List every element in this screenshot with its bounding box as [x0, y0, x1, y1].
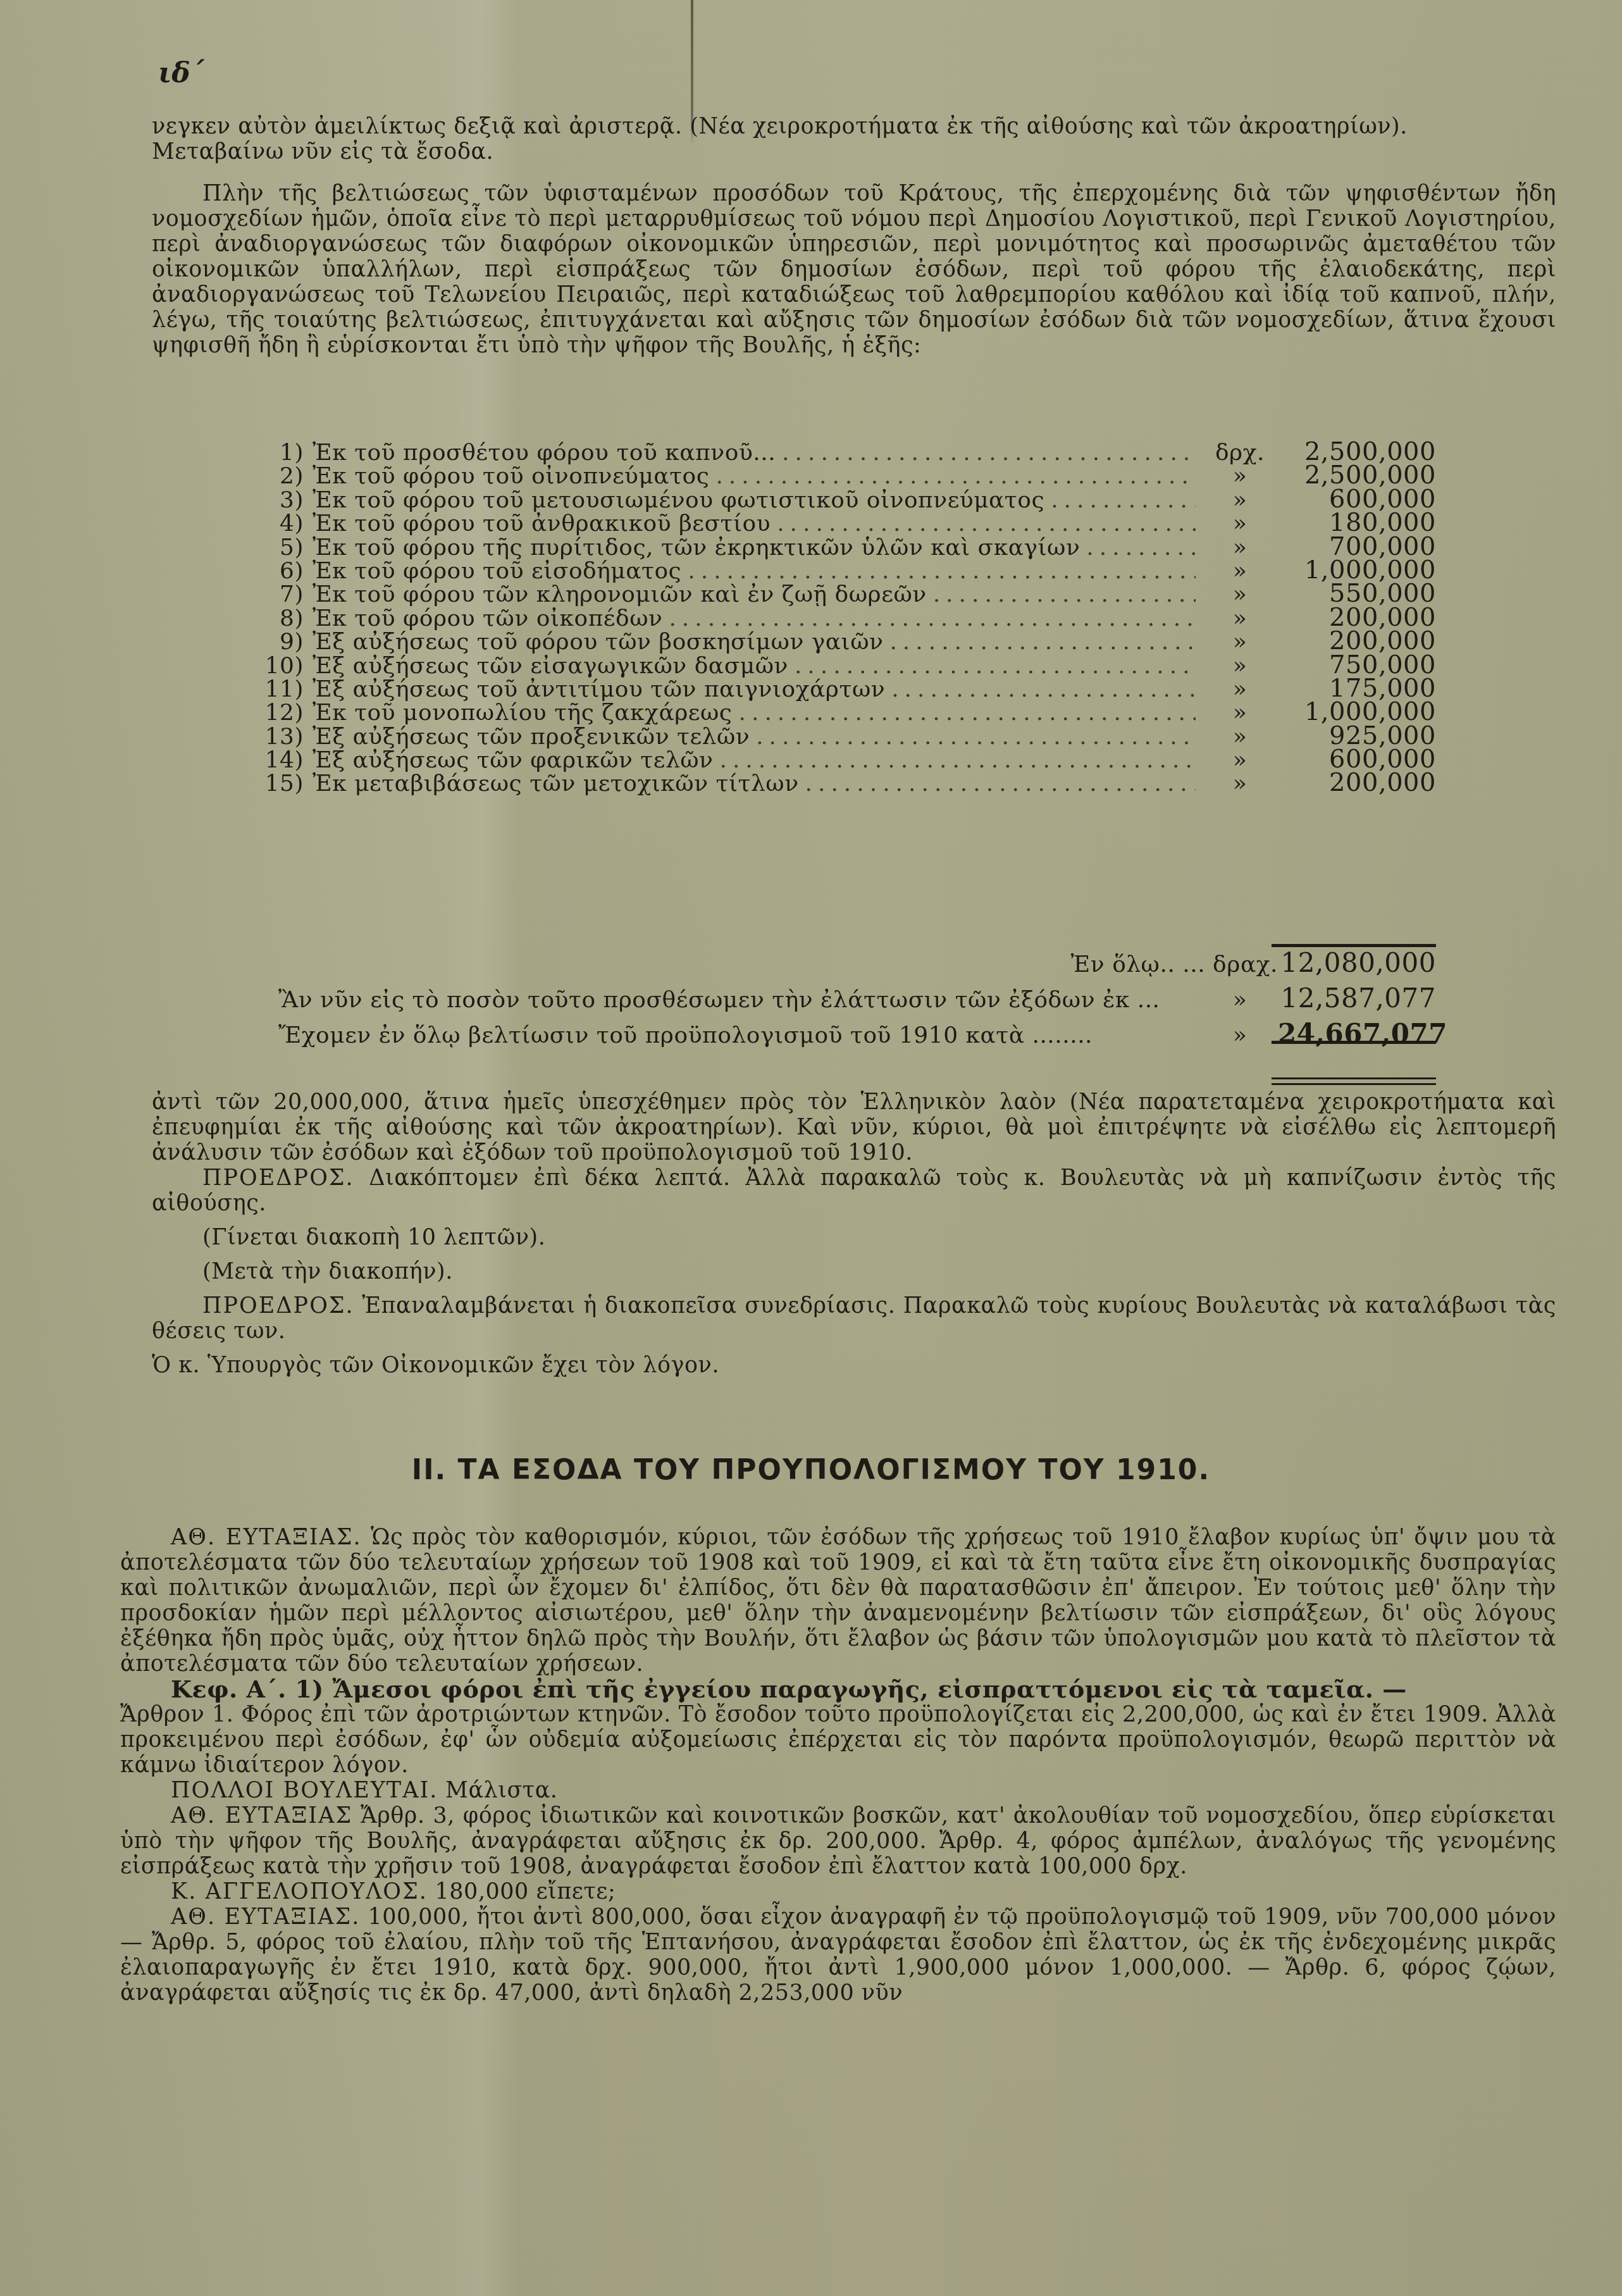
leader-dots: ........................................…	[1086, 535, 1196, 561]
row-amount: 200,000	[1278, 770, 1436, 795]
intro-block: νεγκεν αὐτὸν ἀμειλίκτως δεξιᾷ καὶ ἀριστε…	[152, 114, 1556, 164]
row-unit: »	[1202, 535, 1278, 561]
table-row: 5) Ἐκ τοῦ φόρου τῆς πυρίτιδος, τῶν ἐκρηκ…	[247, 534, 1436, 557]
row-label: Ἐξ αὐξήσεως τοῦ ἀντιτίμου τῶν παιγνιοχάρ…	[313, 677, 885, 702]
row-unit: »	[1202, 511, 1278, 537]
eutaxias-paragraph-2: ΑΘ. ΕΥΤΑΞΙΑΣ Ἄρθρ. 3, φόρος ἰδιωτικῶν κα…	[120, 1803, 1556, 1879]
row-unit: »	[1202, 606, 1278, 631]
leader-dots: ........................................…	[933, 582, 1196, 607]
row-label: Ἐκ τοῦ φόρου τῆς πυρίτιδος, τῶν ἐκρηκτικ…	[313, 535, 1080, 561]
speaker-name: ΠΡΟΕΔΡΟΣ.	[202, 1165, 354, 1191]
table-row: 13) Ἐξ αὐξήσεως τῶν προξενικῶν τελῶν ...…	[247, 723, 1436, 747]
table-row: 7) Ἐκ τοῦ φόρου τῶν κληρονομιῶν καὶ ἐν ζ…	[247, 581, 1436, 604]
add-line-label: Ἂν νῦν εἰς τὸ ποσὸν τοῦτο προσθέσωμεν τὴ…	[278, 988, 1160, 1013]
after-table-paragraph: ἀντὶ τῶν 20,000,000, ἅτινα ἡμεῖς ὑπεσχέθ…	[152, 1089, 1556, 1165]
intro-line-2: Μεταβαίνω νῦν εἰς τὰ ἔσοδα.	[152, 139, 1556, 164]
add-line-unit: »	[1202, 988, 1278, 1013]
row-number: 14)	[247, 748, 313, 773]
row-number: 11)	[247, 677, 313, 702]
revenue-section: ΑΘ. ΕΥΤΑΞΙΑΣ. Ὡς πρὸς τὸν καθορισμόν, κύ…	[120, 1525, 1556, 2006]
leader-dots: ........................................…	[891, 677, 1196, 702]
row-label: Ἐξ αὐξήσεως τῶν προξενικῶν τελῶν	[313, 724, 750, 750]
row-number: 4)	[247, 511, 313, 537]
row-number: 6)	[247, 559, 313, 584]
table-row: 6) Ἐκ τοῦ φόρου τοῦ εἰσοδήματος ........…	[247, 557, 1436, 581]
leader-dots: ........................................…	[669, 606, 1196, 631]
leader-dots: ........................................…	[889, 630, 1196, 655]
speech-text: 180,000 εἴπετε;	[435, 1879, 616, 1904]
table-row: 2) Ἐκ τοῦ φόρου τοῦ οἰνοπνεύματος ......…	[247, 462, 1436, 486]
grand-total-label: Ἔχομεν ἐν ὅλῳ βελτίωσιν τοῦ προϋπολογισμ…	[278, 1023, 1093, 1048]
speech-text: Διακόπτομεν ἐπὶ δέκα λεπτά. Ἀλλὰ παρακαλ…	[152, 1165, 1556, 1216]
speaker-name: ΑΘ. ΕΥΤΑΞΙΑΣ	[171, 1803, 352, 1828]
minister-has-floor: Ὁ κ. Ὑπουργὸς τῶν Οἰκονομικῶν ἔχει τὸν λ…	[152, 1353, 1556, 1378]
speaker-name: ΠΡΟΕΔΡΟΣ.	[202, 1293, 354, 1319]
row-label: Ἐκ τοῦ φόρου τοῦ ἀνθρακικοῦ βεστίου	[313, 511, 771, 537]
row-label: Ἐκ τοῦ φόρου τοῦ μετουσιωμένου φωτιστικο…	[313, 488, 1044, 513]
total-label: Ἐν ὅλῳ.. ... δραχ.	[1071, 952, 1278, 977]
intro-line-1: νεγκεν αὐτὸν ἀμειλίκτως δεξιᾷ καὶ ἀριστε…	[152, 114, 1556, 139]
row-unit: »	[1202, 464, 1278, 489]
row-label: Ἐκ τοῦ φόρου τῶν κληρονομιῶν καὶ ἐν ζωῇ …	[313, 582, 927, 607]
row-unit: »	[1202, 488, 1278, 513]
row-label: Ἐξ αὐξήσεως τῶν εἰσαγωγικῶν δασμῶν	[313, 654, 788, 679]
row-number: 15)	[247, 771, 313, 797]
eutaxias-paragraph-3: ΑΘ. ΕΥΤΑΞΙΑΣ. 100,000, ἤτοι ἀντὶ 800,000…	[120, 1904, 1556, 2006]
row-label: Ἐκ μεταβιβάσεως τῶν μετοχικῶν τίτλων	[313, 771, 799, 797]
row-unit: »	[1202, 559, 1278, 584]
grand-total-double-rule-1	[1272, 1077, 1436, 1079]
grand-total-unit: »	[1202, 1023, 1278, 1048]
article-1-paragraph: Ἄρθρον 1. Φόρος ἐπὶ τῶν ἀροτριώντων κτην…	[120, 1702, 1556, 1778]
expenses-reduction-row: Ἂν νῦν εἰς τὸ ποσὸν τοῦτο προσθέσωμεν τὴ…	[278, 986, 1436, 1021]
row-unit: δρχ.	[1202, 440, 1278, 466]
row-number: 10)	[247, 654, 313, 679]
total-amount: 12,080,000	[1278, 950, 1436, 976]
table-row: 8) Ἐκ τοῦ φόρου τῶν οἰκοπέδων ..........…	[247, 605, 1436, 628]
section-heading: II. ΤΑ ΕΣΟΔΑ ΤΟΥ ΠΡΟΥΠΟΛΟΓΙΣΜΟΥ ΤΟΥ 1910…	[0, 1454, 1622, 1486]
grand-total-double-rule-2	[1272, 1083, 1436, 1085]
table-row: 10) Ἐξ αὐξήσεως τῶν εἰσαγωγικῶν δασμῶν .…	[247, 652, 1436, 676]
speaker-name: ΑΘ. ΕΥΤΑΞΙΑΣ.	[171, 1904, 360, 1930]
add-line-amount: 12,587,077	[1278, 986, 1436, 1011]
row-label: Ἐκ τοῦ φόρου τοῦ οἰνοπνεύματος	[313, 464, 709, 489]
row-number: 3)	[247, 488, 313, 513]
table-row: 14) Ἐξ αὐξήσεως τῶν φαρικῶν τελῶν ......…	[247, 747, 1436, 770]
row-unit: »	[1202, 582, 1278, 607]
table-row: 4) Ἐκ τοῦ φόρου τοῦ ἀνθρακικοῦ βεστίου .…	[247, 510, 1436, 533]
row-label: Ἐξ αὐξήσεως τοῦ φόρου τῶν βοσκησίμων γαι…	[313, 630, 883, 655]
leader-dots: ........................................…	[782, 440, 1196, 466]
revenue-table: 1) Ἐκ τοῦ προσθέτου φόρου τοῦ καπνοῦ... …	[247, 439, 1436, 794]
revenue-improvement-paragraph: Πλὴν τῆς βελτιώσεως τῶν ὑφισταμένων προσ…	[152, 181, 1556, 358]
total-row: Ἐν ὅλῳ.. ... δραχ. 12,080,000	[278, 950, 1436, 986]
grand-total-rule-top	[1272, 1041, 1436, 1044]
president-resumes: ΠΡΟΕΔΡΟΣ. Ἐπαναλαμβάνεται ἡ διακοπεῖσα σ…	[152, 1293, 1556, 1344]
speaker-name: Κ. ΑΓΓΕΛΟΠΟΥΛΟΣ.	[171, 1879, 428, 1904]
row-label: Ἐκ τοῦ φόρου τοῦ εἰσοδήματος	[313, 559, 681, 584]
table-row: 3) Ἐκ τοῦ φόρου τοῦ μετουσιωμένου φωτιστ…	[247, 487, 1436, 510]
row-number: 12)	[247, 700, 313, 726]
after-recess-note: (Μετὰ τὴν διακοπήν).	[152, 1259, 1556, 1284]
leader-dots: ........................................…	[1051, 488, 1196, 513]
speech-text: Ἐπαναλαμβάνεται ἡ διακοπεῖσα συνεδρίασις…	[152, 1293, 1556, 1344]
speaker-name: ΑΘ. ΕΥΤΑΞΙΑΣ.	[171, 1525, 362, 1550]
angelopoulos-question: Κ. ΑΓΓΕΛΟΠΟΥΛΟΣ. 180,000 εἴπετε;	[120, 1879, 1556, 1904]
totals-block: Ἐν ὅλῳ.. ... δραχ. 12,080,000 Ἂν νῦν εἰς…	[278, 950, 1436, 1057]
leader-dots: ........................................…	[777, 511, 1196, 537]
row-number: 5)	[247, 535, 313, 561]
row-number: 13)	[247, 724, 313, 750]
row-unit: »	[1202, 724, 1278, 750]
leader-dots: ........................................…	[756, 724, 1196, 750]
row-label: Ἐκ τοῦ μονοπωλίου τῆς ζακχάρεως	[313, 700, 733, 726]
recess-note: (Γίνεται διακοπὴ 10 λεπτῶν).	[152, 1225, 1556, 1250]
chapter-heading: Κεφ. Α΄. 1) Ἄμεσοι φόροι ἐπὶ τῆς ἐγγείου…	[120, 1677, 1556, 1702]
leader-dots: ........................................…	[688, 559, 1196, 584]
row-number: 2)	[247, 464, 313, 489]
after-table-block: ἀντὶ τῶν 20,000,000, ἅτινα ἡμεῖς ὑπεσχέθ…	[152, 1089, 1556, 1378]
row-number: 7)	[247, 582, 313, 607]
speaker-name: ΠΟΛΛΟΙ ΒΟΥΛΕΥΤΑΙ.	[171, 1778, 438, 1803]
row-unit: »	[1202, 700, 1278, 726]
president-interruption: ΠΡΟΕΔΡΟΣ. Διακόπτομεν ἐπὶ δέκα λεπτά. Ἀλ…	[152, 1165, 1556, 1216]
row-number: 1)	[247, 440, 313, 466]
row-unit: »	[1202, 748, 1278, 773]
many-deputies-remark: ΠΟΛΛΟΙ ΒΟΥΛΕΥΤΑΙ. Μάλιστα.	[120, 1778, 1556, 1803]
leader-dots: ........................................…	[739, 700, 1196, 726]
plin-paragraph: Πλὴν τῆς βελτιώσεως τῶν ὑφισταμένων προσ…	[152, 181, 1556, 358]
row-label: Ἐξ αὐξήσεως τῶν φαρικῶν τελῶν	[313, 748, 713, 773]
leader-dots: ........................................…	[715, 464, 1196, 489]
page-number: ιδ΄	[158, 57, 204, 89]
leader-dots: ........................................…	[805, 771, 1196, 797]
row-label: Ἐκ τοῦ φόρου τῶν οἰκοπέδων	[313, 606, 662, 631]
eutaxias-paragraph-1: ΑΘ. ΕΥΤΑΞΙΑΣ. Ὡς πρὸς τὸν καθορισμόν, κύ…	[120, 1525, 1556, 1677]
row-number: 8)	[247, 606, 313, 631]
row-number: 9)	[247, 630, 313, 655]
row-unit: »	[1202, 654, 1278, 679]
leader-dots: ........................................…	[719, 748, 1196, 773]
table-row: 12) Ἐκ τοῦ μονοπωλίου τῆς ζακχάρεως ....…	[247, 699, 1436, 723]
row-label: Ἐκ τοῦ προσθέτου φόρου τοῦ καπνοῦ...	[313, 440, 776, 466]
row-unit: »	[1202, 677, 1278, 702]
leader-dots: ........................................…	[795, 654, 1196, 679]
grand-total-row: Ἔχομεν ἐν ὅλῳ βελτίωσιν τοῦ προϋπολογισμ…	[278, 1021, 1436, 1057]
speech-text: Μάλιστα.	[445, 1778, 557, 1803]
row-unit: »	[1202, 630, 1278, 655]
table-row: 9) Ἐξ αὐξήσεως τοῦ φόρου τῶν βοσκησίμων …	[247, 628, 1436, 652]
row-unit: »	[1202, 771, 1278, 797]
table-row: 1) Ἐκ τοῦ προσθέτου φόρου τοῦ καπνοῦ... …	[247, 439, 1436, 462]
table-row: 15) Ἐκ μεταβιβάσεως τῶν μετοχικῶν τίτλων…	[247, 770, 1436, 793]
table-row: 11) Ἐξ αὐξήσεως τοῦ ἀντιτίμου τῶν παιγνι…	[247, 676, 1436, 699]
